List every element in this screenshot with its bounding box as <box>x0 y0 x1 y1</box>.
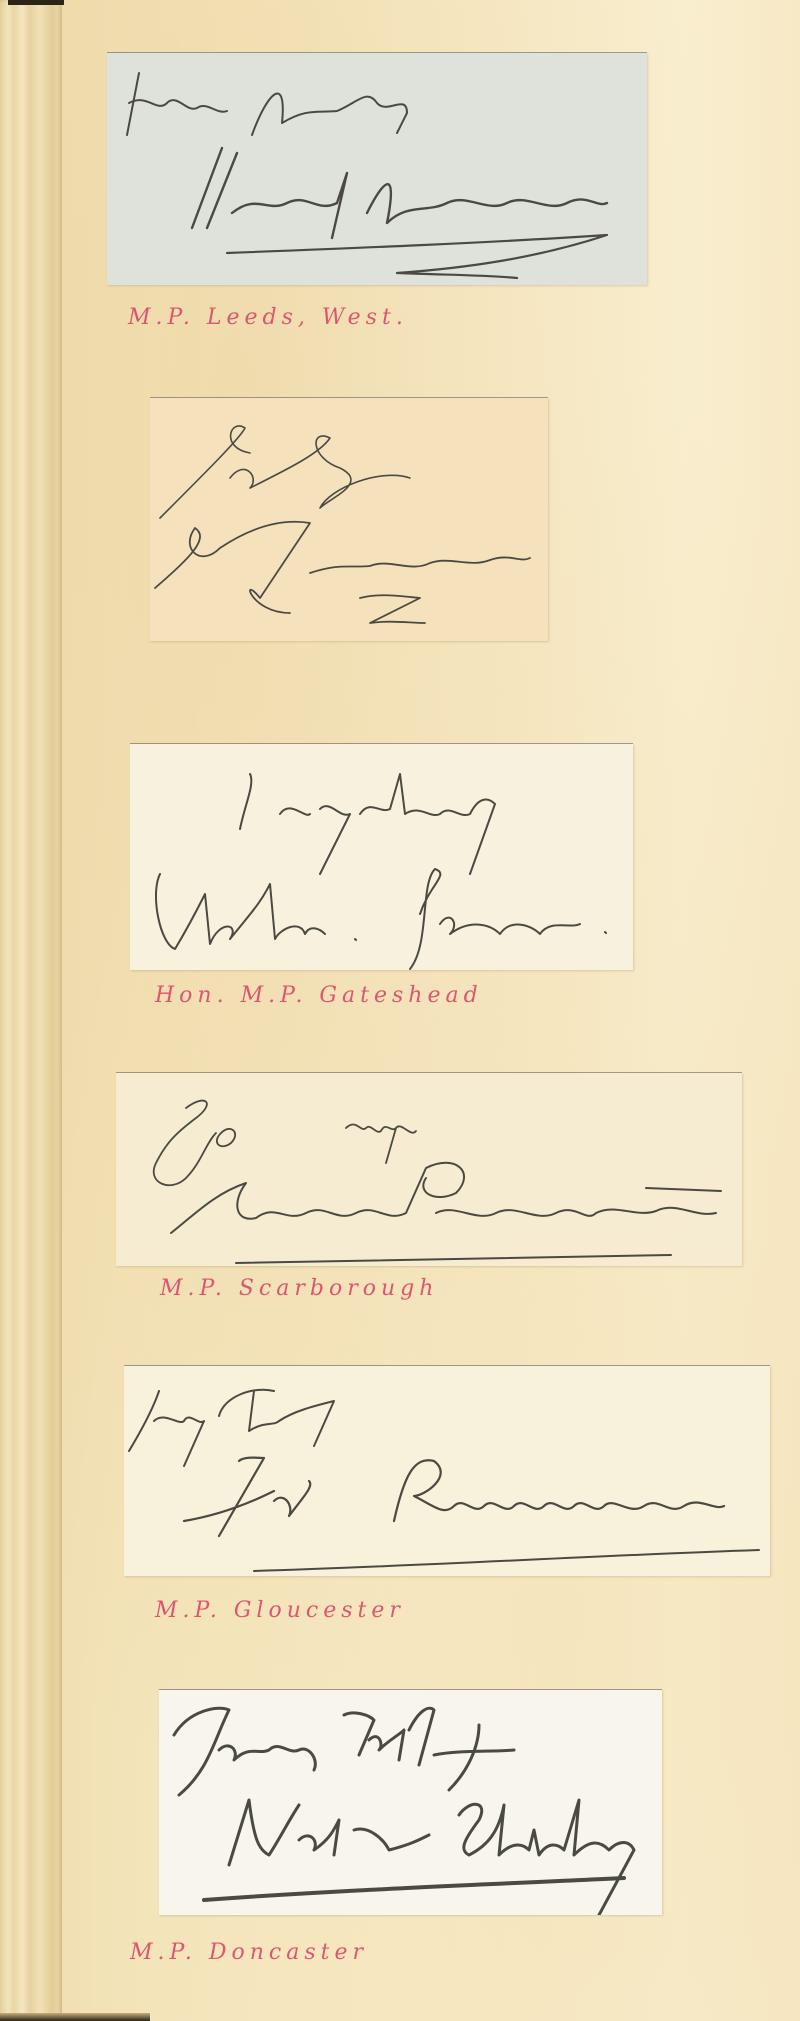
signature-card-james: Yours very truly Walter James. <box>130 744 633 970</box>
album-spine <box>0 0 62 2021</box>
signature-card-gladstone: Yours faithfully Herbert J. Gladstone <box>107 53 647 285</box>
signature-card-shirley: Yours faithfully Walter Shirley <box>159 1690 662 1915</box>
handwritten-signature-gladstone <box>107 53 647 285</box>
spine-shadow-bottom <box>0 2013 150 2021</box>
card-annotation: M.P. Gloucester <box>155 1598 405 1623</box>
signature-card-robinson: Very truly Thos. Robinson <box>124 1366 770 1576</box>
handwritten-signature-shirley <box>159 1690 662 1915</box>
handwritten-signature-robinson <box>124 1366 770 1576</box>
card-annotation: Hon. M.P. Gateshead <box>155 983 483 1008</box>
spine-shadow-top <box>8 0 64 5</box>
card-annotation: M.P. Leeds, West. <box>128 305 408 330</box>
handwritten-signature-james <box>130 744 633 970</box>
album-page: Yours faithfully Herbert J. Gladstone M.… <box>0 0 800 2021</box>
signature-card-lawson: J. G. W. Lawson <box>150 398 548 641</box>
card-annotation: M.P. Scarborough <box>160 1276 438 1301</box>
signature-card-rowntree: Yours truly Joshua Rowntree <box>116 1073 742 1266</box>
handwritten-signature-rowntree <box>116 1073 742 1266</box>
handwritten-signature-lawson <box>150 398 548 641</box>
card-annotation: M.P. Doncaster <box>130 1940 368 1965</box>
